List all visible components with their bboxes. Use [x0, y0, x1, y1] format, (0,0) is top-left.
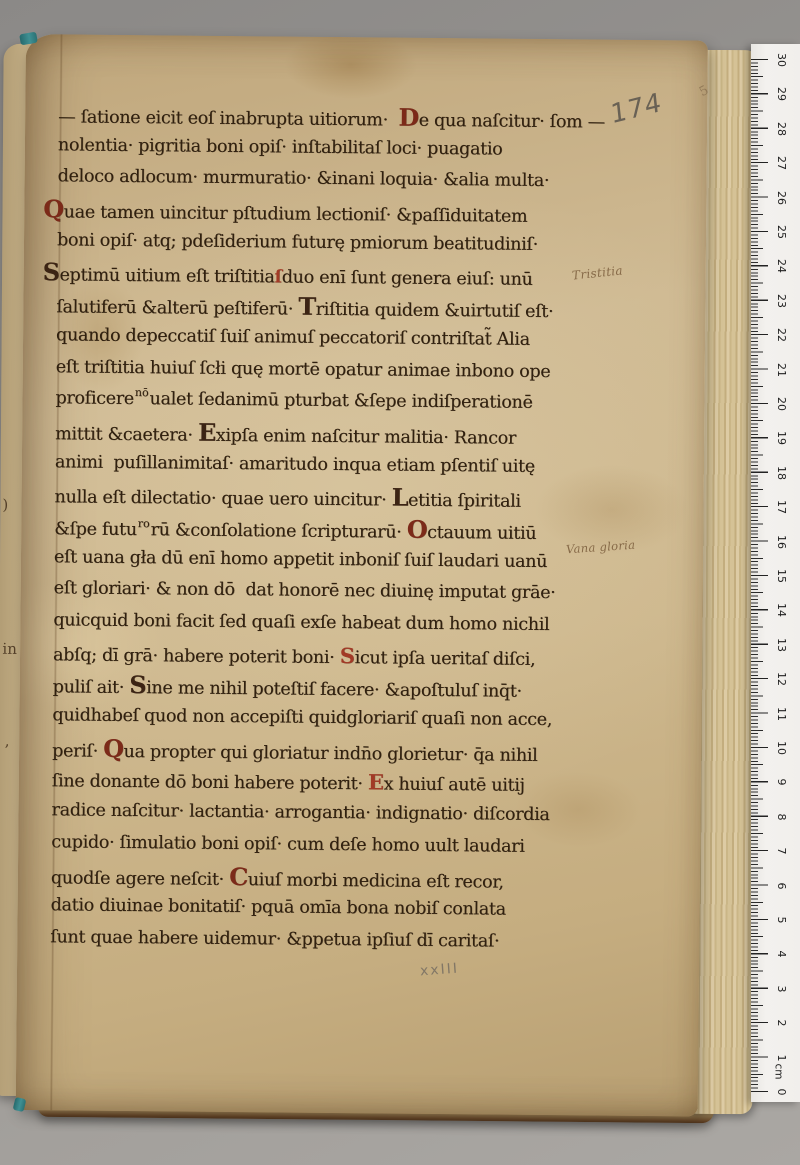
text-segment: animi puſillanimitaſ· amaritudo inqua et… — [55, 452, 535, 477]
text-segment: mittit &caetera· — [55, 424, 198, 445]
ruler-number: 18 — [774, 460, 788, 486]
ruler-number: 27 — [774, 150, 788, 176]
rubricated-initial: S — [43, 258, 60, 287]
text-segment: nolentia· pigritia boni opiſ· inſtabilit… — [58, 135, 503, 159]
text-segment: proficere — [55, 388, 134, 409]
rubricated-initial: E — [368, 770, 384, 795]
ruler-ticks — [751, 58, 768, 1092]
rubricated-initial: T — [298, 292, 316, 321]
manuscript-page: — ſatione eicit eoſ inabrupta uitiorum· … — [16, 34, 708, 1116]
ruler-number: 15 — [774, 563, 788, 589]
ruler-number: 12 — [774, 666, 788, 692]
text-segment: abſq; dī grā· habere poterit boni· — [53, 645, 340, 668]
text-segment: — ſatione eicit eoſ inabrupta uitiorum· — [58, 107, 398, 130]
ruler-number: 20 — [774, 391, 788, 417]
showthrough-mark: , — [5, 732, 10, 750]
ruler-number: 8 — [774, 804, 788, 830]
manuscript-line: quicquid boni facit ſed quaſi exſe habea… — [39, 605, 629, 642]
ruler-number: 21 — [774, 357, 788, 383]
text-segment: riſtitia quidem &uirtutiſ eſt· — [316, 300, 554, 322]
text-segment: ine me nihil poteſtiſ facere· &apoſtuluſ… — [146, 679, 522, 703]
manuscript-line: mittit &caetera· Exipſa enim naſcitur ma… — [41, 415, 631, 452]
text-segment: uiuſ morbi medicina eſt recor, — [248, 870, 504, 892]
ruler-number: 4 — [774, 941, 788, 967]
manuscript-line: &ſpe futurorū &conſolatione ſcripturarū·… — [40, 510, 630, 547]
text-segment: rū &conſolatione ſcripturarū· — [151, 520, 407, 542]
text-segment: nō — [135, 386, 149, 399]
ruler-number: 2 — [774, 1010, 788, 1036]
text-segment: boni opiſ· atq; pdeſiderium futurę pmior… — [57, 230, 538, 255]
ruler-number: 29 — [774, 81, 788, 107]
text-segment: ualet ſedanimū pturbat &ſepe indiſperati… — [149, 389, 532, 413]
ruler-number: 14 — [774, 597, 788, 623]
text-segment: duo enī ſunt genera eiuſ: unū — [282, 268, 533, 290]
text-segment: eſt triſtitia huiuſ ſcłi quę mortē opatu… — [56, 357, 551, 382]
text-block: — ſatione eicit eoſ inabrupta uitiorum· … — [36, 98, 634, 959]
ruler-unit-label: cm — [772, 1059, 785, 1085]
text-segment: xipſa enim naſcitur malitia· Rancor — [216, 426, 516, 449]
ruler-number: 23 — [774, 288, 788, 314]
ruler-number: 17 — [774, 494, 788, 520]
text-segment: ſalutiferū &alterū peſtiferū· — [56, 297, 298, 319]
text-segment: ctauum uitiū — [427, 523, 536, 544]
rubricated-initial: S — [340, 643, 355, 668]
rubricated-initial: C — [229, 861, 248, 890]
ruler-number: 11 — [774, 701, 788, 727]
showthrough-mark: in — [2, 640, 17, 658]
text-segment: eptimū uitium eſt triſtitia — [59, 266, 274, 288]
text-segment: radice naſcitur· lactantia· arrogantia· … — [51, 800, 549, 825]
text-segment: quodſe agere neſcit· — [51, 868, 229, 890]
manuscript-line: ſunt quae habere uidemur· &ppetua ipſiuſ… — [36, 922, 626, 959]
text-segment: datio diuinae bonitatiſ· pquā omīa bona … — [51, 895, 506, 919]
ruler-number: 3 — [774, 976, 788, 1002]
manuscript-line: quando depeccatiſ ſuiſ animuſ peccatoriſ… — [42, 320, 632, 357]
manuscript-photo: ) in , 5 — ſatione eicit eoſ inabrupta u… — [0, 0, 800, 1165]
text-segment: periſ· — [52, 741, 103, 761]
text-segment: x huiuſ autē uitij — [384, 775, 525, 796]
ruler-number: 24 — [774, 253, 788, 279]
rubricated-initial: D — [398, 103, 419, 132]
ruler-number: 10 — [774, 735, 788, 761]
ruler-number: 19 — [774, 425, 788, 451]
manuscript-line: — ſatione eicit eoſ inabrupta uitiorum· … — [44, 98, 634, 135]
text-segment: eſt gloriari· & non dō dat honorē nec di… — [54, 579, 556, 604]
ruler-number: 7 — [774, 838, 788, 864]
text-segment: &ſpe futu — [54, 519, 137, 540]
text-segment: cupido· ſimulatio boni opiſ· cum deſe ho… — [51, 832, 525, 857]
rubricated-initial: O — [407, 515, 428, 544]
text-segment: puliſ ait· — [53, 678, 130, 699]
text-segment: deloco adlocum· murmuratio· &inani loqui… — [58, 167, 550, 192]
text-segment: quidhabeſ quod non accepiſti quidgloriar… — [52, 705, 552, 730]
text-segment: etitia ſpiritali — [408, 491, 521, 512]
rubricated-initial: L — [392, 483, 409, 512]
text-segment: ua propter qui gloriatur indn̄o glorietu… — [123, 742, 537, 766]
text-segment: eſt uana gła dū enī homo appetit inboniſ… — [54, 547, 547, 572]
quire-mark-pencil: xxIII — [419, 961, 459, 980]
showthrough-mark: ) — [2, 496, 8, 514]
ruler-number: 28 — [774, 116, 788, 142]
measurement-ruler: 0123456789101112131415161718192021222324… — [751, 44, 800, 1102]
ruler-number: 5 — [774, 907, 788, 933]
rubricated-initial: Q — [43, 194, 64, 223]
text-segment: ſunt quae habere uidemur· &ppetua ipſiuſ… — [50, 927, 499, 951]
text-segment: nulla eſt dilectatio· quae uero uincitur… — [54, 488, 391, 511]
text-segment: uae tamen uincitur pſtudium lectioniſ· &… — [64, 202, 528, 226]
ruler-number: 26 — [774, 185, 788, 211]
ruler-number: 13 — [774, 632, 788, 658]
rubricated-initial: E — [198, 418, 216, 447]
ruler-number: 16 — [774, 529, 788, 555]
text-segment: quicquid boni facit ſed quaſi exſe habea… — [53, 610, 549, 635]
ruler-number: 25 — [774, 219, 788, 245]
rubricated-initial: Q — [103, 734, 124, 763]
manuscript-line: cupido· ſimulatio boni opiſ· cum deſe ho… — [37, 827, 627, 864]
text-segment: ſine donante dō boni habere poterit· — [52, 772, 368, 795]
text-segment: icut ipſa ueritaſ diſci, — [355, 648, 536, 670]
rubricated-initial: S — [129, 670, 146, 699]
text-segment: ro — [138, 517, 150, 530]
ruler-number: 30 — [774, 47, 788, 73]
text-segment: e qua naſcitur· ſom — — [419, 111, 605, 133]
ruler-number: 9 — [774, 769, 788, 795]
text-segment: quando depeccatiſ ſuiſ animuſ peccatoriſ… — [56, 325, 530, 350]
ruler-number: 6 — [774, 873, 788, 899]
manuscript-line: quidhabeſ quod non accepiſti quidgloriar… — [38, 700, 628, 737]
ruler-number: 22 — [774, 322, 788, 348]
manuscript-line: Quae tamen uincitur pſtudium lectioniſ· … — [43, 193, 633, 230]
